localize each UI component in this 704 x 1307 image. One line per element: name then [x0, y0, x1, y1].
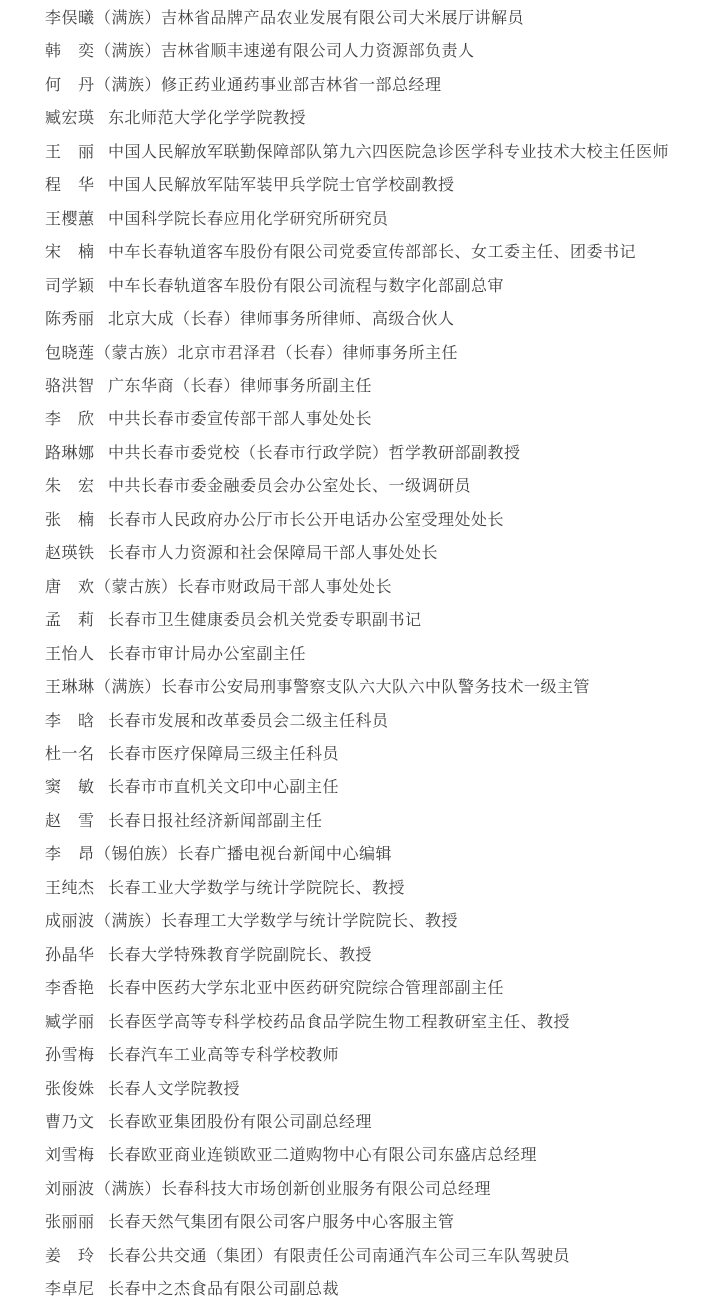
list-item: 王纯杰长春工业大学数学与统计学院院长、教授 [45, 871, 696, 904]
person-title: 长春市财政局干部人事处处长 [178, 577, 393, 596]
person-title: 吉林省品牌产品农业发展有限公司大米展厅讲解员 [161, 8, 524, 27]
person-title: 中车长春轨道客车股份有限公司党委宣传部部长、女工委主任、团委书记 [108, 242, 636, 261]
person-title: 广东华商（长春）律师事务所副主任 [108, 376, 372, 395]
list-item: 孙晶华长春大学特殊教育学院副院长、教授 [45, 938, 696, 971]
person-name: 路琳娜 [45, 436, 95, 469]
list-item: 张丽丽长春天然气集团有限公司客户服务中心客服主管 [45, 1205, 696, 1238]
list-item: 窦 敏长春市市直机关文印中心副主任 [45, 770, 696, 803]
person-title: 长春市发展和改革委员会二级主任科员 [108, 711, 389, 730]
person-name: 曹乃文 [45, 1105, 95, 1138]
person-name: 包晓莲 [45, 336, 95, 369]
list-item: 李 晗长春市发展和改革委员会二级主任科员 [45, 704, 696, 737]
list-item: 李俣曦（满族）吉林省品牌产品农业发展有限公司大米展厅讲解员 [45, 1, 696, 34]
list-item: 臧宏瑛东北师范大学化学学院教授 [45, 101, 696, 134]
ethnic-group-note: （满族） [95, 8, 161, 27]
person-name: 王纯杰 [45, 871, 95, 904]
person-name: 朱 宏 [45, 469, 95, 502]
person-title: 中国人民解放军陆军装甲兵学院士官学校副教授 [108, 175, 455, 194]
person-title: 吉林省顺丰速递有限公司人力资源部负责人 [161, 41, 475, 60]
list-item: 孙雪梅长春汽车工业高等专科学校教师 [45, 1038, 696, 1071]
ethnic-group-note: （满族） [95, 677, 161, 696]
list-item: 赵瑛铁长春市人力资源和社会保障局干部人事处处长 [45, 536, 696, 569]
person-name: 骆洪智 [45, 369, 95, 402]
person-title: 长春广播电视台新闻中心编辑 [178, 844, 393, 863]
person-title: 中共长春市委宣传部干部人事处处长 [108, 409, 372, 428]
person-name: 臧宏瑛 [45, 101, 95, 134]
person-name: 姜 玲 [45, 1239, 95, 1272]
list-item: 宋 楠中车长春轨道客车股份有限公司党委宣传部部长、女工委主任、团委书记 [45, 235, 696, 268]
person-name: 孟 莉 [45, 603, 95, 636]
person-title: 东北师范大学化学学院教授 [108, 108, 306, 127]
person-name: 韩 奕 [45, 34, 95, 67]
person-title: 长春公共交通（集团）有限责任公司南通汽车公司三车队驾驶员 [108, 1246, 570, 1265]
person-title: 中共长春市委金融委员会办公室处长、一级调研员 [108, 476, 471, 495]
person-title: 长春理工大学数学与统计学院院长、教授 [161, 911, 458, 930]
list-item: 陈秀丽北京大成（长春）律师事务所律师、高级合伙人 [45, 302, 696, 335]
person-title: 长春中之杰食品有限公司副总裁 [108, 1279, 339, 1298]
list-item: 韩 奕（满族）吉林省顺丰速递有限公司人力资源部负责人 [45, 34, 696, 67]
person-name: 司学颖 [45, 269, 95, 302]
person-name: 杜一名 [45, 737, 95, 770]
person-title: 长春市市直机关文印中心副主任 [108, 777, 339, 796]
person-name: 赵瑛铁 [45, 536, 95, 569]
list-item: 何 丹（满族）修正药业通药事业部吉林省一部总经理 [45, 68, 696, 101]
ethnic-group-note: （锡伯族） [95, 844, 178, 863]
person-name: 何 丹 [45, 68, 95, 101]
person-name: 王樱蕙 [45, 202, 95, 235]
list-item: 曹乃文长春欧亚集团股份有限公司副总经理 [45, 1105, 696, 1138]
person-name: 王琳琳 [45, 670, 95, 703]
person-title: 北京市君泽君（长春）律师事务所主任 [178, 343, 459, 362]
ethnic-group-note: （满族） [95, 1179, 161, 1198]
list-item: 赵 雪长春日报社经济新闻部副主任 [45, 804, 696, 837]
person-name: 张 楠 [45, 503, 95, 536]
person-name: 程 华 [45, 168, 95, 201]
person-title: 长春欧亚商业连锁欧亚二道购物中心有限公司东盛店总经理 [108, 1145, 537, 1164]
list-item: 臧学丽长春医学高等专科学校药品食品学院生物工程教研室主任、教授 [45, 1005, 696, 1038]
ethnic-group-note: （蒙古族） [95, 577, 178, 596]
list-item: 王 丽中国人民解放军联勤保障部队第九六四医院急诊医学科专业技术大校主任医师 [45, 135, 696, 168]
person-name: 唐 欢 [45, 570, 95, 603]
list-item: 王琳琳（满族）长春市公安局刑事警察支队六大队六中队警务技术一级主管 [45, 670, 696, 703]
list-item: 李香艳长春中医药大学东北亚中医药研究院综合管理部副主任 [45, 971, 696, 1004]
list-item: 王怡人长春市审计局办公室副主任 [45, 637, 696, 670]
person-name: 王怡人 [45, 637, 95, 670]
person-title: 长春欧亚集团股份有限公司副总经理 [108, 1112, 372, 1131]
ethnic-group-note: （蒙古族） [95, 343, 178, 362]
person-title: 长春天然气集团有限公司客户服务中心客服主管 [108, 1212, 455, 1231]
person-title: 长春日报社经济新闻部副主任 [108, 811, 323, 830]
person-title: 长春中医药大学东北亚中医药研究院综合管理部副主任 [108, 978, 504, 997]
honor-roll-list: 李俣曦（满族）吉林省品牌产品农业发展有限公司大米展厅讲解员 韩 奕（满族）吉林省… [0, 0, 704, 1307]
person-title: 中国科学院长春应用化学研究所研究员 [108, 209, 389, 228]
person-name: 李 欣 [45, 402, 95, 435]
list-item: 李 欣中共长春市委宣传部干部人事处处长 [45, 402, 696, 435]
person-title: 长春人文学院教授 [108, 1079, 240, 1098]
person-name: 成丽波 [45, 904, 95, 937]
list-item: 姜 玲长春公共交通（集团）有限责任公司南通汽车公司三车队驾驶员 [45, 1239, 696, 1272]
list-item: 张俊姝长春人文学院教授 [45, 1072, 696, 1105]
person-name: 张俊姝 [45, 1072, 95, 1105]
person-name: 张丽丽 [45, 1205, 95, 1238]
person-title: 修正药业通药事业部吉林省一部总经理 [161, 75, 442, 94]
list-item: 孟 莉长春市卫生健康委员会机关党委专职副书记 [45, 603, 696, 636]
person-title: 长春市公安局刑事警察支队六大队六中队警务技术一级主管 [161, 677, 590, 696]
list-item: 李卓尼长春中之杰食品有限公司副总裁 [45, 1272, 696, 1305]
person-title: 长春市医疗保障局三级主任科员 [108, 744, 339, 763]
person-name: 孙晶华 [45, 938, 95, 971]
list-item: 朱 宏中共长春市委金融委员会办公室处长、一级调研员 [45, 469, 696, 502]
list-item: 包晓莲（蒙古族）北京市君泽君（长春）律师事务所主任 [45, 336, 696, 369]
person-title: 长春市卫生健康委员会机关党委专职副书记 [108, 610, 422, 629]
list-item: 程 华中国人民解放军陆军装甲兵学院士官学校副教授 [45, 168, 696, 201]
person-title: 长春工业大学数学与统计学院院长、教授 [108, 878, 405, 897]
person-title: 中车长春轨道客车股份有限公司流程与数字化部副总审 [108, 276, 504, 295]
person-name: 陈秀丽 [45, 302, 95, 335]
person-title: 长春汽车工业高等专科学校教师 [108, 1045, 339, 1064]
person-name: 李卓尼 [45, 1272, 95, 1305]
person-name: 孙雪梅 [45, 1038, 95, 1071]
ethnic-group-note: （满族） [95, 41, 161, 60]
list-item: 刘丽波（满族）长春科技大市场创新创业服务有限公司总经理 [45, 1172, 696, 1205]
person-name: 赵 雪 [45, 804, 95, 837]
person-title: 中国人民解放军联勤保障部队第九六四医院急诊医学科专业技术大校主任医师 [108, 142, 669, 161]
list-item: 王樱蕙中国科学院长春应用化学研究所研究员 [45, 202, 696, 235]
person-name: 李俣曦 [45, 1, 95, 34]
person-name: 李香艳 [45, 971, 95, 1004]
person-name: 李 晗 [45, 704, 95, 737]
person-title: 长春医学高等专科学校药品食品学院生物工程教研室主任、教授 [108, 1012, 570, 1031]
person-name: 刘丽波 [45, 1172, 95, 1205]
ethnic-group-note: （满族） [95, 75, 161, 94]
list-item: 张 楠长春市人民政府办公厅市长公开电话办公室受理处处长 [45, 503, 696, 536]
person-title: 长春市审计局办公室副主任 [108, 644, 306, 663]
person-title: 中共长春市委党校（长春市行政学院）哲学教研部副教授 [108, 443, 521, 462]
person-title: 长春科技大市场创新创业服务有限公司总经理 [161, 1179, 491, 1198]
person-title: 长春市人民政府办公厅市长公开电话办公室受理处处长 [108, 510, 504, 529]
person-name: 王 丽 [45, 135, 95, 168]
person-name: 窦 敏 [45, 770, 95, 803]
person-title: 北京大成（长春）律师事务所律师、高级合伙人 [108, 309, 455, 328]
person-title: 长春大学特殊教育学院副院长、教授 [108, 945, 372, 964]
list-item: 杜一名长春市医疗保障局三级主任科员 [45, 737, 696, 770]
person-name: 宋 楠 [45, 235, 95, 268]
person-name: 臧学丽 [45, 1005, 95, 1038]
list-item: 成丽波（满族）长春理工大学数学与统计学院院长、教授 [45, 904, 696, 937]
person-name: 刘雪梅 [45, 1138, 95, 1171]
list-item: 路琳娜中共长春市委党校（长春市行政学院）哲学教研部副教授 [45, 436, 696, 469]
list-item: 刘雪梅长春欧亚商业连锁欧亚二道购物中心有限公司东盛店总经理 [45, 1138, 696, 1171]
ethnic-group-note: （满族） [95, 911, 161, 930]
person-title: 长春市人力资源和社会保障局干部人事处处长 [108, 543, 438, 562]
person-name: 李 昂 [45, 837, 95, 870]
list-item: 唐 欢（蒙古族）长春市财政局干部人事处处长 [45, 570, 696, 603]
list-item: 李 昂（锡伯族）长春广播电视台新闻中心编辑 [45, 837, 696, 870]
list-item: 骆洪智广东华商（长春）律师事务所副主任 [45, 369, 696, 402]
list-item: 司学颖中车长春轨道客车股份有限公司流程与数字化部副总审 [45, 269, 696, 302]
